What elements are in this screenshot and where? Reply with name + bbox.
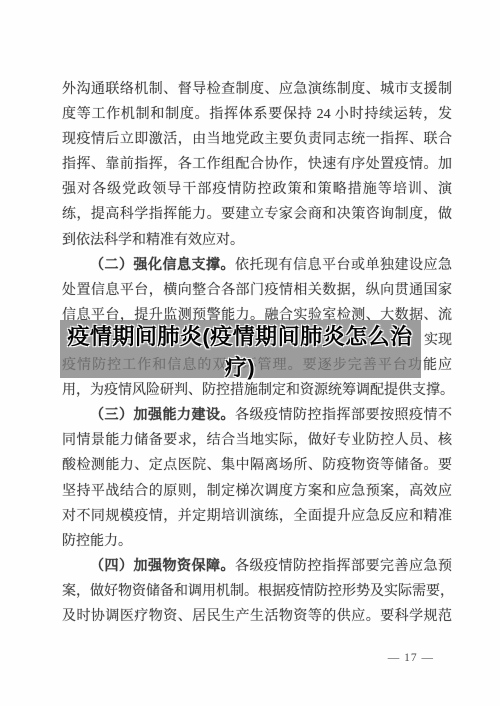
- line-text: 强对各级党政领导干部疫情防控政策和策略措施等培训、演: [62, 182, 452, 197]
- line-text: 处置信息平台，横向整合各部门疫情相关数据，纵向贯通国家: [62, 283, 452, 298]
- text-line: 练，提高科学指挥能力。要建立专家会商和决策咨询制度，做: [62, 202, 452, 227]
- text-line: 外沟通联络机制、督导检查制度、应急演练制度、城市支援制: [62, 77, 452, 102]
- text-line: 现疫情后立即激活，由当地党政主要负责同志统一指挥、联合: [62, 127, 452, 152]
- text-line: （二）强化信息支撑。依托现有信息平台或单独建设应急: [62, 253, 452, 278]
- line-text: 用，为疫情风险研判、防控措施制定和资源统筹调配提供支撑。: [62, 383, 454, 398]
- overlay-title-line-1: 疫情期间肺炎(疫情期间肺炎怎么治: [55, 321, 425, 352]
- text-line: 坚持平战结合的原则，制定梯次调度方案和应急预案，高效应: [62, 479, 452, 504]
- text-line: （三）加强能力建设。各级疫情防控指挥部要按照疫情不: [62, 403, 452, 428]
- text-line: 到依法科学和精准有效应对。: [62, 228, 452, 253]
- line-text: 对不同规模疫情，并定期培训演练，全面提升应急反应和精准: [62, 509, 452, 524]
- line-text: 酸检测能力、定点医院、集中隔离场所、防疫物资等储备。要: [62, 458, 452, 473]
- text-line: 同情景能力储备要求，结合当地实际，做好专业防控人员、核: [62, 428, 452, 453]
- text-line: 酸检测能力、定点医院、集中隔离场所、防疫物资等储备。要: [62, 453, 452, 478]
- overlay-title: 疫情期间肺炎(疫情期间肺炎怎么治 疗): [55, 321, 425, 383]
- line-text: 坚持平战结合的原则，制定梯次调度方案和应急预案，高效应: [62, 484, 452, 499]
- text-line: 案，做好物资储备和调用机制。根据疫情防控形势及实际需要，: [62, 579, 452, 604]
- text-line: 强对各级党政领导干部疫情防控政策和策略措施等培训、演: [62, 177, 452, 202]
- line-text: 到依法科学和精准有效应对。: [62, 233, 244, 248]
- text-line: 对不同规模疫情，并定期培训演练，全面提升应急反应和精准: [62, 504, 452, 529]
- line-text: 防控能力。: [62, 534, 132, 549]
- line-text: 各级疫情防控指挥部要完善应急预: [235, 559, 452, 574]
- line-text: 同情景能力储备要求，结合当地实际，做好专业防控人员、核: [62, 433, 452, 448]
- text-line: 及时协调医疗物资、居民生产生活物资等的供应。要科学规范: [62, 604, 452, 629]
- line-text: 度等工作机制和制度。指挥体系要保持 24 小时持续运转，发: [62, 107, 452, 122]
- section-heading: （二）强化信息支撑。: [90, 258, 235, 273]
- line-text: 现疫情后立即激活，由当地党政主要负责同志统一指挥、联合: [62, 132, 452, 147]
- line-text: 案，做好物资储备和调用机制。根据疫情防控形势及实际需要，: [62, 584, 454, 599]
- section-heading: （四）加强物资保障。: [90, 559, 235, 574]
- text-line: 处置信息平台，横向整合各部门疫情相关数据，纵向贯通国家: [62, 278, 452, 303]
- section-heading: （三）加强能力建设。: [90, 408, 235, 423]
- text-line: 防控能力。: [62, 529, 452, 554]
- page-number: — 17 —: [388, 652, 434, 664]
- line-text: 及时协调医疗物资、居民生产生活物资等的供应。要科学规范: [62, 609, 452, 624]
- text-line: （四）加强物资保障。各级疫情防控指挥部要完善应急预: [62, 554, 452, 579]
- line-text: 实现: [424, 333, 452, 348]
- text-line: 度等工作机制和制度。指挥体系要保持 24 小时持续运转，发: [62, 102, 452, 127]
- document-page: 外沟通联络机制、督导检查制度、应急演练制度、城市支援制度等工作机制和制度。指挥体…: [0, 0, 500, 706]
- overlay-title-line-2: 疗): [55, 352, 425, 383]
- text-line: 指挥、靠前指挥，各工作组配合协作，快速有序处置疫情。加: [62, 152, 452, 177]
- line-text: 依托现有信息平台或单独建设应急: [235, 258, 452, 273]
- line-text: 练，提高科学指挥能力。要建立专家会商和决策咨询制度，做: [62, 207, 452, 222]
- line-text: 外沟通联络机制、督导检查制度、应急演练制度、城市支援制: [62, 82, 452, 97]
- line-text: 各级疫情防控指挥部要按照疫情不: [235, 408, 452, 423]
- line-text: 指挥、靠前指挥，各工作组配合协作，快速有序处置疫情。加: [62, 157, 452, 172]
